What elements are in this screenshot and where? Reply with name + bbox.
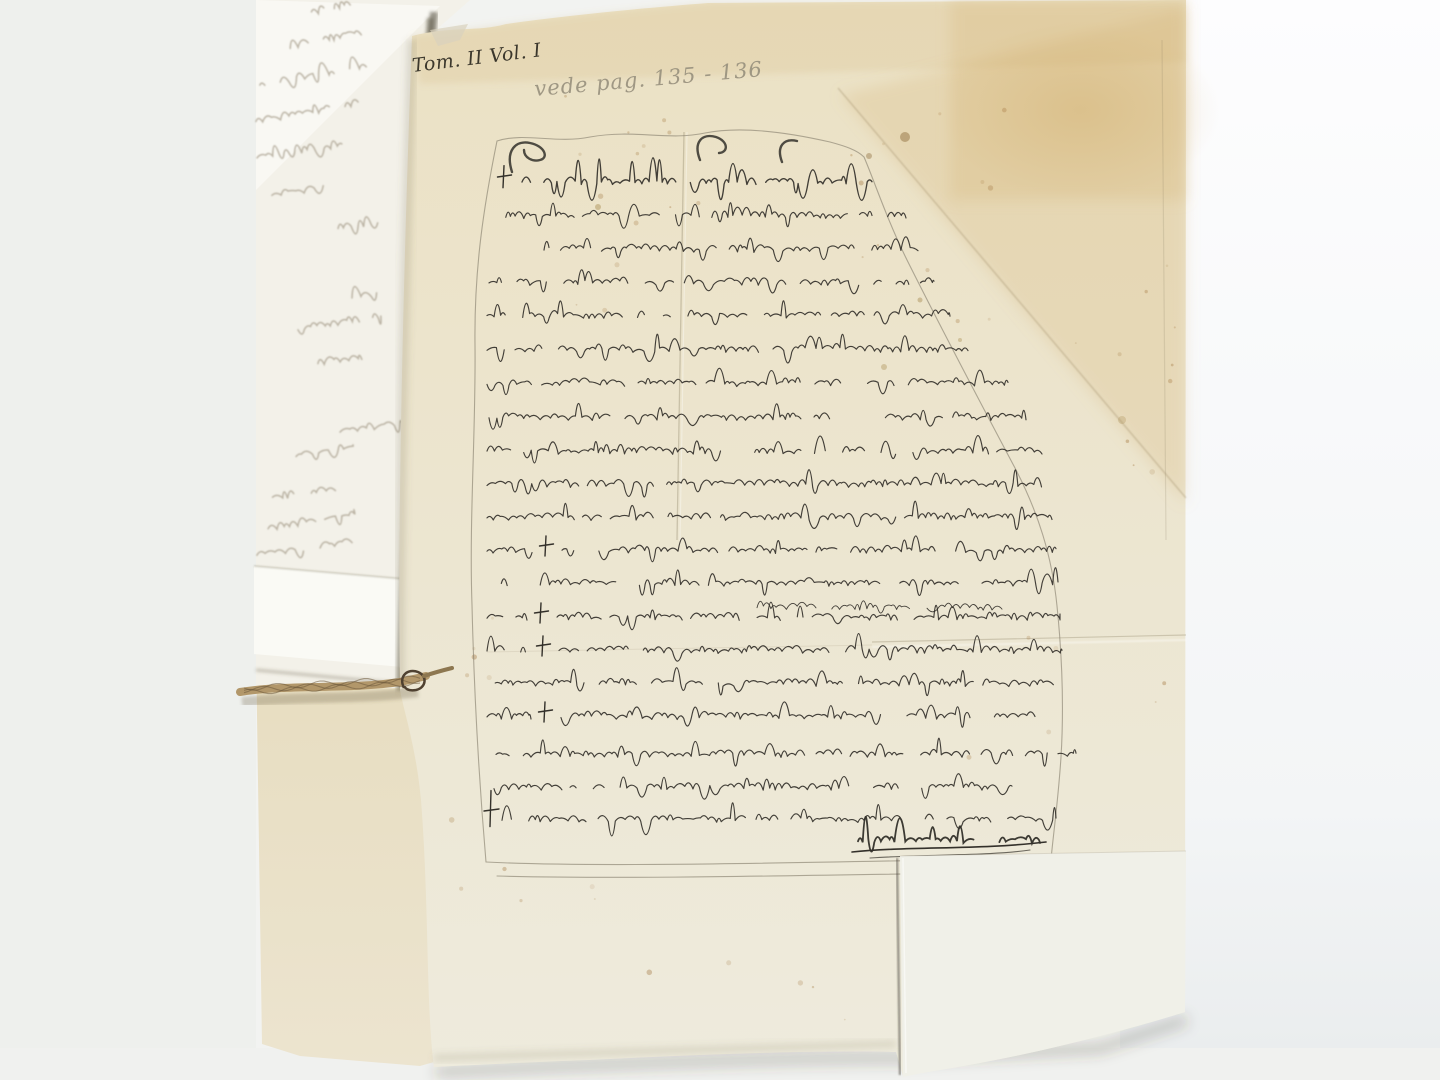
blotch — [881, 364, 887, 370]
blotch — [958, 338, 962, 342]
foxing-dot — [662, 118, 666, 122]
foxing-dot — [844, 1019, 846, 1021]
foxing-dot — [491, 617, 494, 620]
foxing-dot — [1168, 379, 1172, 383]
foxing-dot — [667, 130, 671, 134]
foxing-dot — [465, 673, 469, 677]
stain-glow — [940, 20, 1220, 200]
white-band-sheet — [254, 566, 416, 668]
foxing-dot — [669, 206, 671, 208]
foxing-dot — [502, 867, 506, 871]
foxing-dot — [967, 755, 972, 760]
foxing-dot — [1075, 342, 1077, 344]
foxing-dot — [938, 112, 941, 115]
foxing-dot — [594, 898, 596, 900]
foxing-dot — [614, 262, 619, 267]
manuscript-photo: Tom. II Vol. I vede pag. 135 - 136 — [0, 0, 1440, 1080]
foxing-dot — [1171, 364, 1174, 367]
foxing-dot — [1133, 464, 1135, 466]
foxing-dot — [487, 675, 492, 680]
foxing-dot — [980, 180, 984, 184]
foxing-dot — [988, 185, 993, 190]
blotch — [1118, 416, 1126, 424]
foxing-dot — [1174, 326, 1176, 328]
foxing-dot — [1027, 636, 1031, 640]
manuscript-photo-canvas: Tom. II Vol. I vede pag. 135 - 136 — [0, 0, 1440, 1080]
foxing-dot — [1145, 290, 1148, 293]
foxing-dot — [925, 268, 929, 272]
foxing-dot — [812, 986, 814, 988]
foxing-dot — [647, 970, 653, 976]
foxing-dot — [642, 144, 646, 148]
foxing-dot — [850, 154, 852, 156]
foxing-dot — [472, 654, 477, 659]
foxing-dot — [988, 318, 991, 321]
foxing-dot — [877, 244, 879, 246]
foxing-dot — [1162, 681, 1166, 685]
foxing-dot — [1002, 108, 1007, 113]
foxing-dot — [726, 960, 731, 965]
foxing-dot — [1118, 352, 1122, 356]
blotch — [918, 298, 923, 303]
blotch — [900, 132, 910, 142]
foxing-dot — [859, 181, 864, 186]
foxing-dot — [590, 884, 595, 889]
foxing-dot — [598, 194, 603, 199]
foxing-dot — [1046, 730, 1051, 735]
foxing-dot — [798, 980, 803, 985]
foxing-dot — [1166, 264, 1169, 267]
foxing-dot — [696, 201, 700, 205]
foxing-dot — [862, 256, 864, 258]
foxing-dot — [449, 817, 455, 823]
foxing-dot — [634, 221, 639, 226]
foxing-dot — [602, 308, 607, 313]
foxing-dot — [576, 304, 578, 306]
foxing-dot — [578, 153, 581, 156]
background-left-strip — [0, 0, 256, 1080]
foxing-dot — [956, 319, 960, 323]
foxing-dot — [627, 131, 629, 133]
foxing-dot — [459, 887, 463, 891]
foxing-dot — [1155, 701, 1157, 703]
foxing-dot — [519, 899, 522, 902]
foxing-dot — [1126, 439, 1130, 443]
foxing-dot — [882, 143, 885, 146]
foxing-dot — [1149, 469, 1155, 475]
blotch — [595, 204, 601, 210]
foxing-dot — [636, 152, 640, 156]
blotch — [866, 153, 872, 159]
